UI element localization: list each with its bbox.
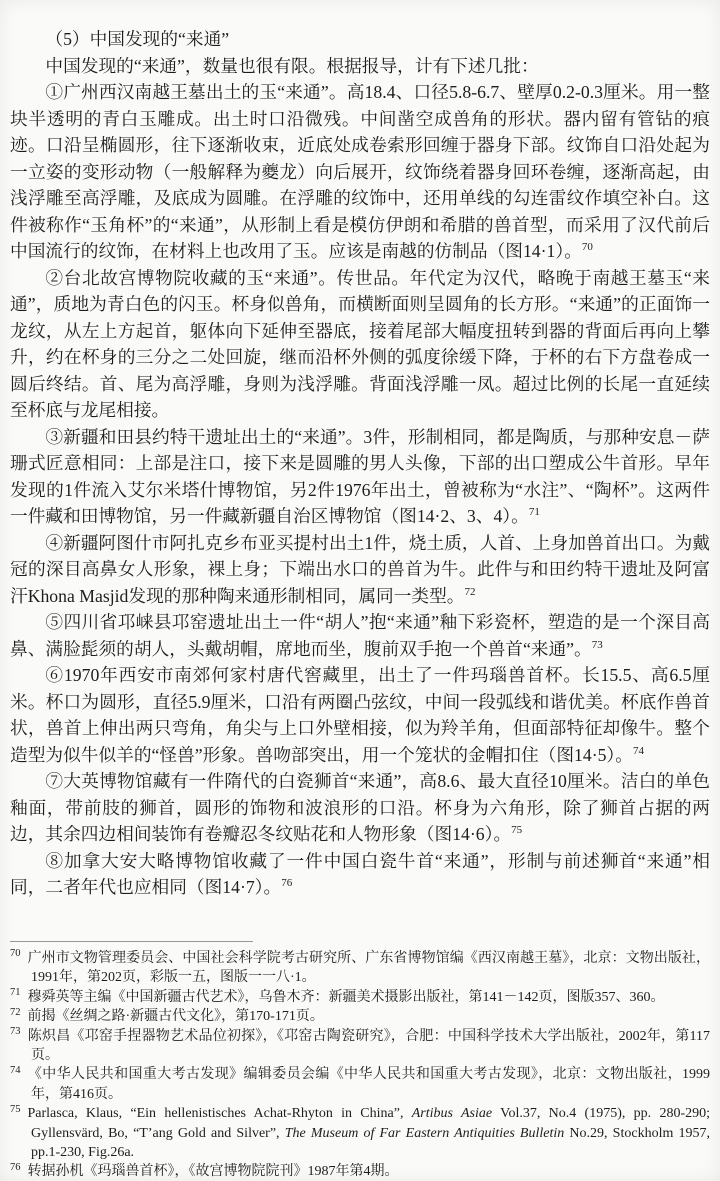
footnote-number: 70 (10, 948, 28, 959)
footnote-ref: 72 (464, 586, 475, 598)
footnote-number: 75 (10, 1104, 28, 1115)
footnote-number: 73 (10, 1026, 28, 1037)
paragraph-text: ⑧加拿大安大略博物馆收藏了一件中国白瓷牛首“来通”，形制与前述狮首“来通”相同，… (10, 851, 710, 898)
body-paragraph: ⑧加拿大安大略博物馆收藏了一件中国白瓷牛首“来通”，形制与前述狮首“来通”相同，… (10, 848, 710, 901)
footnote-number: 72 (10, 1007, 28, 1018)
footnote: 71穆舜英等主编《中国新疆古代艺术》，乌鲁木齐：新疆美术摄影出版社，第141－1… (10, 988, 710, 1007)
footnote: 75Parlasca, Klaus, “Ein hellenistisches … (10, 1104, 710, 1162)
paragraph-text: ⑥1970年西安市南郊何家村唐代窖藏里，出土了一件玛瑙兽首杯。长15.5、高6.… (10, 665, 710, 765)
document-page: （5）中国发现的“来通” 中国发现的“来通”，数量也很有限。根据报导，计有下述几… (0, 0, 720, 1181)
footnote-ref: 73 (592, 639, 603, 651)
body-paragraph: ⑤四川省邛崃县邛窑遗址出土一件“胡人”抱“来通”釉下彩瓷杯，塑造的是一个深目高鼻… (10, 609, 710, 662)
footnote-text: 穆舜英等主编《中国新疆古代艺术》，乌鲁木齐：新疆美术摄影出版社，第141－142… (28, 990, 665, 1005)
body-paragraph: ⑥1970年西安市南郊何家村唐代窖藏里，出土了一件玛瑙兽首杯。长15.5、高6.… (10, 662, 710, 768)
paragraph-text: ⑦大英博物馆藏有一件隋代的白瓷狮首“来通”，高8.6、最大直径10厘米。洁白的单… (10, 771, 710, 844)
paragraph-text: ④新疆阿图什市阿扎克乡布亚买提村出土1件，烧土质，人首、上身加兽首出口。为戴冠的… (10, 533, 710, 606)
footnote-text: 广州市文物管理委员会、中国社会科学院考古研究所、广东省博物馆编《西汉南越王墓》，… (28, 951, 711, 985)
footnote-text: 《中华人民共和国重大考古发现》编辑委员会编《中华人民共和国重大考古发现》，北京：… (28, 1067, 711, 1101)
paragraph-text: ①广州西汉南越王墓出土的玉“来通”。高18.4、口径5.8-6.7、壁厚0.2-… (10, 82, 710, 261)
paragraph-list: ①广州西汉南越王墓出土的玉“来通”。高18.4、口径5.8-6.7、壁厚0.2-… (10, 79, 710, 901)
footnote-list: 70广州市文物管理委员会、中国社会科学院考古研究所、广东省博物馆编《西汉南越王墓… (10, 949, 710, 1181)
footnote-text: The Museum of Far Eastern Antiquities Bu… (285, 1126, 565, 1141)
paragraph-text: ②台北故宫博物院收藏的玉“来通”。传世品。年代定为汉代，略晚于南越王墓玉“来通”… (10, 268, 710, 421)
intro-paragraph: 中国发现的“来通”，数量也很有限。根据报导，计有下述几批： (10, 53, 710, 80)
footnote-text: 陈炽昌《邛窑手捏器物艺术品位初探》，《邛窑古陶瓷研究》，合肥：中国科学技术大学出… (28, 1029, 711, 1063)
footnote-text: Parlasca, Klaus, “Ein hellenistisches Ac… (28, 1106, 412, 1121)
footnote: 70广州市文物管理委员会、中国社会科学院考古研究所、广东省博物馆编《西汉南越王墓… (10, 949, 710, 988)
footnote-ref: 70 (582, 241, 593, 253)
footnote-ref: 75 (511, 824, 522, 836)
footnote-text: 前揭《丝绸之路·新疆古代文化》，第170-171页。 (28, 1009, 324, 1024)
footnote-number: 71 (10, 987, 28, 998)
footnote-number: 76 (10, 1162, 28, 1173)
footnote-ref: 76 (281, 877, 292, 889)
footnote-ref: 74 (633, 745, 644, 757)
body-paragraph: ④新疆阿图什市阿扎克乡布亚买提村出土1件，烧土质，人首、上身加兽首出口。为戴冠的… (10, 530, 710, 610)
section-heading: （5）中国发现的“来通” (10, 26, 710, 53)
body-text: （5）中国发现的“来通” 中国发现的“来通”，数量也很有限。根据报导，计有下述几… (10, 26, 710, 901)
paragraph-text: ⑤四川省邛崃县邛窑遗址出土一件“胡人”抱“来通”釉下彩瓷杯，塑造的是一个深目高鼻… (10, 612, 710, 659)
body-paragraph: ②台北故宫博物院收藏的玉“来通”。传世品。年代定为汉代，略晚于南越王墓玉“来通”… (10, 265, 710, 424)
paragraph-text: ③新疆和田县约特干遗址出土的“来通”。3件，形制相同，都是陶质，与那种安息－萨珊… (10, 427, 710, 527)
footnote: 72前揭《丝绸之路·新疆古代文化》，第170-171页。 (10, 1007, 710, 1026)
footnote: 73陈炽昌《邛窑手捏器物艺术品位初探》，《邛窑古陶瓷研究》，合肥：中国科学技术大… (10, 1027, 710, 1066)
footnotes-section: 70广州市文物管理委员会、中国社会科学院考古研究所、广东省博物馆编《西汉南越王墓… (10, 941, 710, 1181)
body-paragraph: ①广州西汉南越王墓出土的玉“来通”。高18.4、口径5.8-6.7、壁厚0.2-… (10, 79, 710, 265)
footnote-text: 转据孙机《玛瑙兽首杯》，《故宫博物院院刊》1987年第4期。 (28, 1164, 399, 1179)
body-paragraph: ⑦大英博物馆藏有一件隋代的白瓷狮首“来通”，高8.6、最大直径10厘米。洁白的单… (10, 768, 710, 848)
footnote: 76转据孙机《玛瑙兽首杯》，《故宫博物院院刊》1987年第4期。 (10, 1162, 710, 1181)
footnote: 74《中华人民共和国重大考古发现》编辑委员会编《中华人民共和国重大考古发现》，北… (10, 1065, 710, 1104)
footnote-ref: 71 (529, 506, 540, 518)
body-paragraph: ③新疆和田县约特干遗址出土的“来通”。3件，形制相同，都是陶质，与那种安息－萨珊… (10, 424, 710, 530)
footnote-separator (10, 941, 253, 942)
footnote-number: 74 (10, 1065, 28, 1076)
footnote-text: Artibus Asiae (412, 1106, 492, 1121)
